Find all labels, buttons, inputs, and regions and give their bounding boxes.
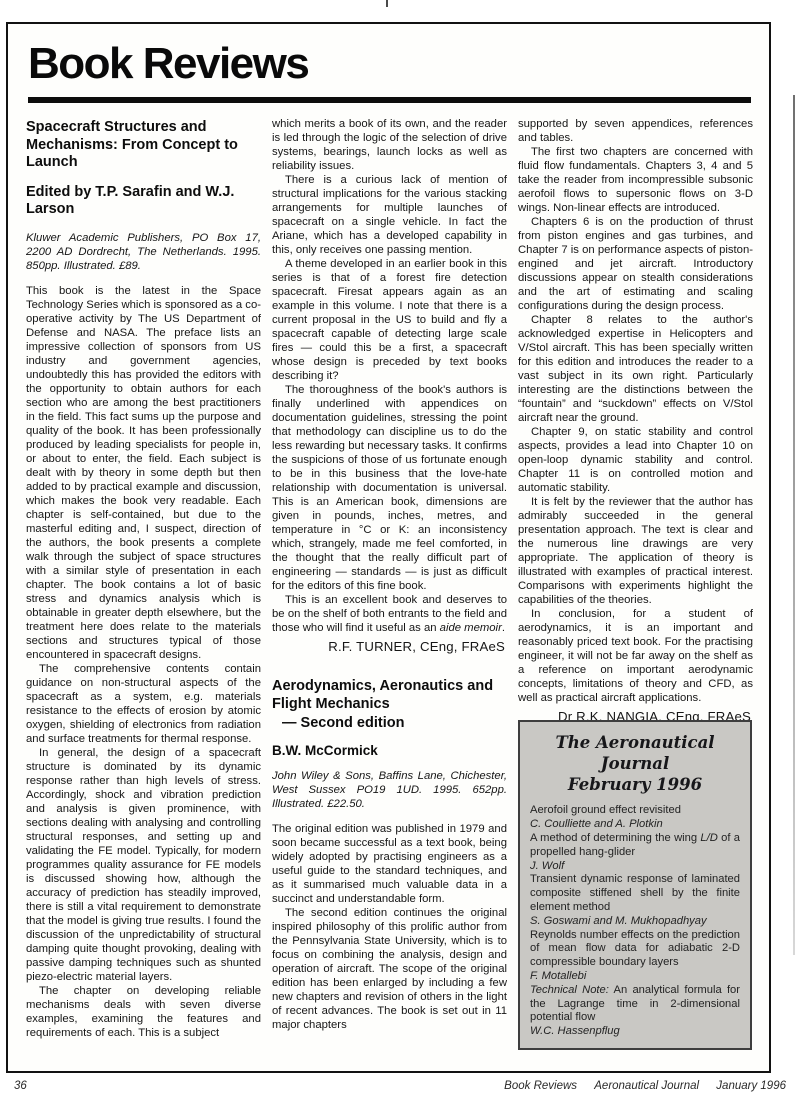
advert-item-title: Technical Note: An analytical formula fo…: [530, 984, 740, 1025]
column-2: which merits a book of its own, and the …: [272, 117, 507, 1062]
page-footer: 36 Book Reviews Aeronautical Journal Jan…: [14, 1080, 786, 1092]
review1-paragraph: In general, the design of a spacecraft s…: [26, 746, 261, 984]
review1-paragraph: which merits a book of its own, and the …: [272, 117, 507, 173]
journal-contents-box: The Aeronautical Journal February 1996 A…: [518, 720, 752, 1050]
advert-item-authors: C. Coulliette and A. Plotkin: [530, 818, 740, 832]
review2-paragraph: In conclusion, for a student of aerodyna…: [518, 607, 753, 705]
review1-paragraph: There is a curious lack of mention of st…: [272, 173, 507, 257]
advert-item: Technical Note: An analytical formula fo…: [530, 984, 740, 1039]
review1-paragraph: A theme developed in an earlier book in …: [272, 257, 507, 383]
closing-italic: aide memoir: [440, 622, 502, 634]
advert-item-authors: J. Wolf: [530, 860, 740, 874]
review2-paragraph: The first two chapters are concerned wit…: [518, 145, 753, 215]
footer-journal: Aeronautical Journal: [594, 1080, 699, 1092]
review2-header: Aerodynamics, Aeronautics and Flight Mec…: [272, 678, 507, 811]
text-columns: Spacecraft Structures and Mechanisms: Fr…: [26, 117, 753, 1062]
review1-signature: R.F. TURNER, CEng, FRAeS: [272, 640, 505, 654]
advert-item-title: Aerofoil ground effect revisited: [530, 804, 740, 818]
review1-closing-paragraph: This is an excellent book and deserves t…: [272, 593, 507, 635]
review1-imprint: Kluwer Academic Publishers, PO Box 17, 2…: [26, 231, 261, 273]
advert-issue: February 1996: [530, 774, 740, 795]
advert-item: Aerofoil ground effect revisited C. Coul…: [530, 804, 740, 832]
review2-paragraph: Chapter 8 relates to the author's acknow…: [518, 313, 753, 425]
review1-paragraph: This book is the latest in the Space Tec…: [26, 284, 261, 662]
review2-paragraph: The second edition continues the origina…: [272, 906, 507, 1032]
review1-title: Spacecraft Structures and Mechanisms: Fr…: [26, 119, 261, 172]
advert-item-authors: S. Goswami and M. Mukhopadhyay: [530, 915, 740, 929]
advert-title: The Aeronautical Journal February 1996: [530, 732, 740, 795]
review1-editors: Edited by T.P. Sarafin and W.J. Larson: [26, 184, 261, 219]
review1-paragraph: The comprehensive contents contain guida…: [26, 662, 261, 746]
page-frame: Book Reviews Spacecraft Structures and M…: [6, 22, 771, 1073]
review2-imprint: John Wiley & Sons, Baffins Lane, Chiches…: [272, 769, 507, 811]
advert-item-title: Transient dynamic response of laminated …: [530, 873, 740, 914]
review1-paragraph: The chapter on developing reliable mecha…: [26, 984, 261, 1040]
review2-paragraph: supported by seven appendices, reference…: [518, 117, 753, 145]
advert-item-note-label: Technical Note:: [530, 984, 609, 996]
advert-item: Reynolds number effects on the predictio…: [530, 929, 740, 984]
masthead-rule: [28, 97, 751, 103]
registration-mark: [386, 0, 388, 7]
advert-item: Transient dynamic response of laminated …: [530, 873, 740, 928]
closing-period: .: [502, 622, 505, 634]
review2-paragraph: Chapters 6 is on the production of thrus…: [518, 215, 753, 313]
advert-item-title-italic: L/D: [700, 832, 717, 844]
footer-issue: January 1996: [716, 1080, 786, 1092]
page-title: Book Reviews: [28, 40, 753, 88]
scan-edge-artifact: [793, 95, 795, 955]
advert-item-title-text: A method of determining the wing: [530, 832, 700, 844]
review2-title: Aerodynamics, Aeronautics and Flight Mec…: [272, 678, 507, 713]
review2-author: B.W. McCormick: [272, 743, 507, 759]
advert-item-title: A method of determining the wing L/D of …: [530, 832, 740, 860]
advert-item: A method of determining the wing L/D of …: [530, 832, 740, 873]
footer-section: Book Reviews: [504, 1080, 577, 1092]
review2-edition: — Second edition: [272, 715, 507, 733]
review2-paragraph: It is felt by the reviewer that the auth…: [518, 495, 753, 607]
review2-paragraph: Chapter 9, on static stability and contr…: [518, 425, 753, 495]
advert-journal-name: The Aeronautical Journal: [530, 732, 740, 774]
advert-item-authors: W.C. Hassenpflug: [530, 1025, 740, 1039]
column-1: Spacecraft Structures and Mechanisms: Fr…: [26, 117, 261, 1062]
review1-paragraph: The thoroughness of the book's authors i…: [272, 383, 507, 593]
footer-running-title: Book Reviews Aeronautical Journal Januar…: [490, 1080, 786, 1092]
advert-item-authors: F. Motallebi: [530, 970, 740, 984]
advert-item-title: Reynolds number effects on the predictio…: [530, 929, 740, 970]
column-3: supported by seven appendices, reference…: [518, 117, 753, 1062]
page-number: 36: [14, 1080, 27, 1092]
review2-paragraph: The original edition was published in 19…: [272, 822, 507, 906]
